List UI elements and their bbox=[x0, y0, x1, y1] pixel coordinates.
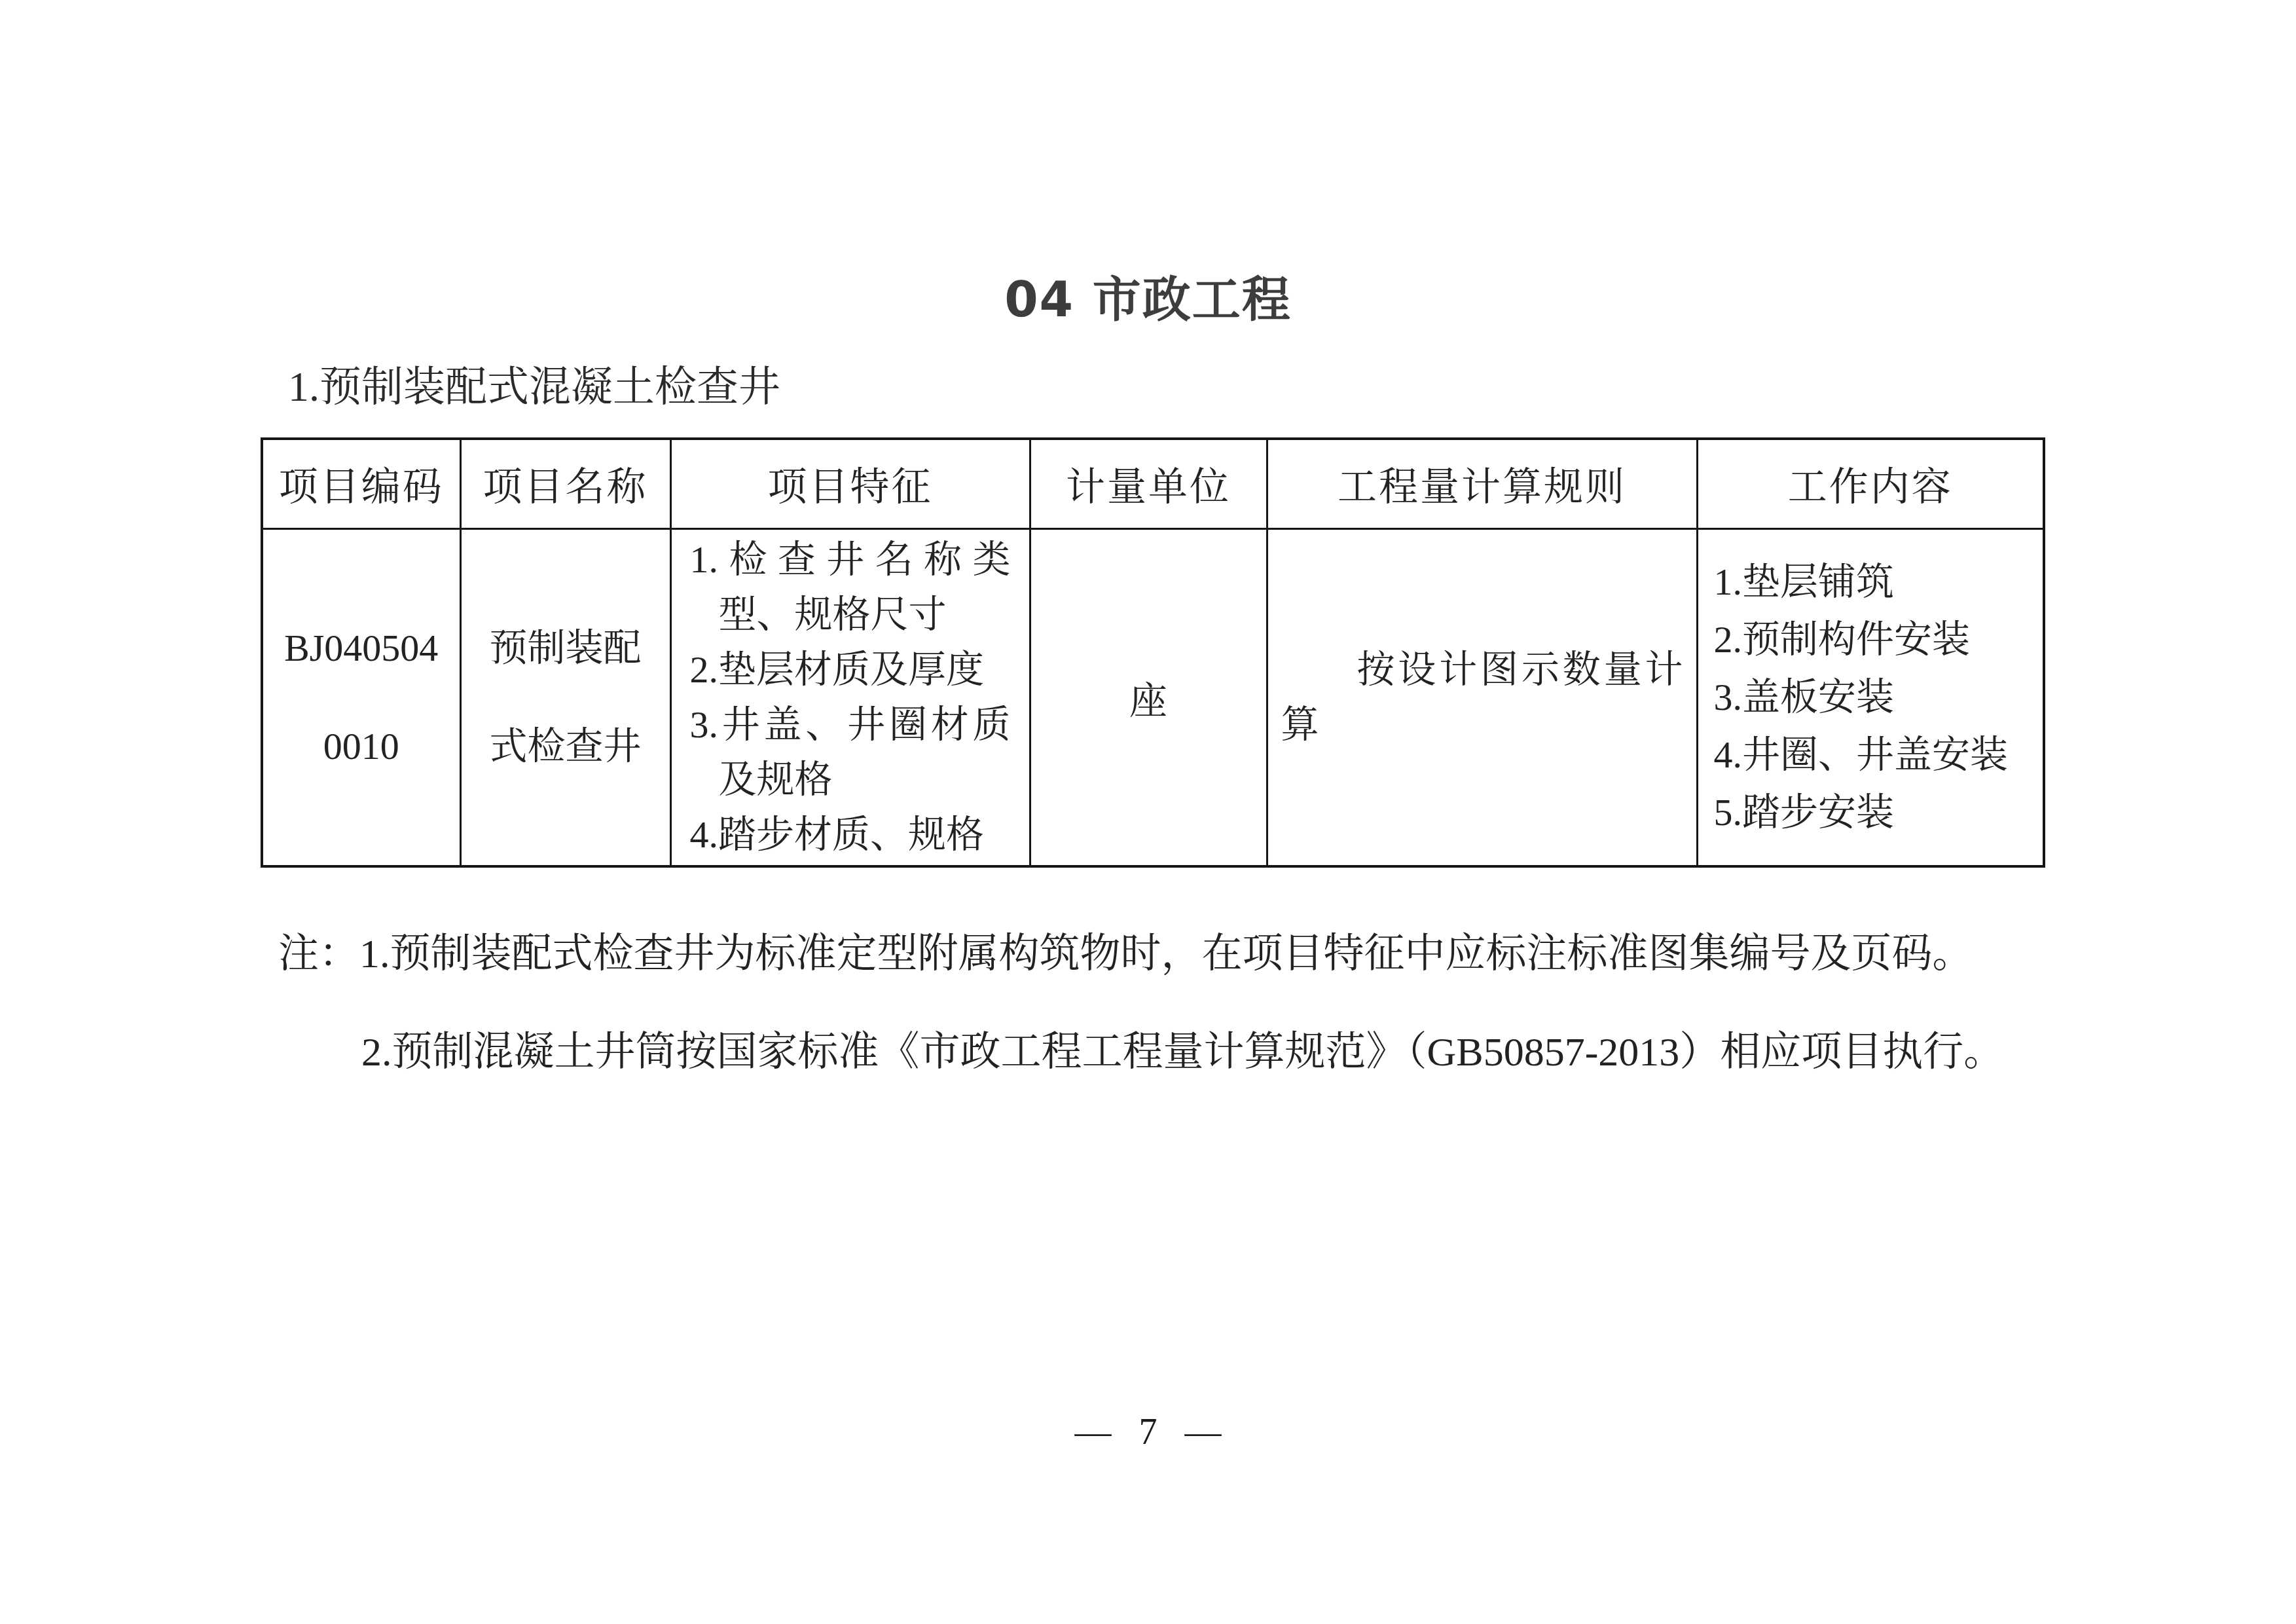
feature-item: 3.井盖、井圈材质及规格 bbox=[690, 697, 1011, 807]
note-line: 注：1.预制装配式检查井为标准定型附属构筑物时，在项目特征中应标注标准图集编号及… bbox=[278, 924, 2072, 984]
item-features-cell: 1.检查井名称类型、规格尺寸 2.垫层材质及厚度 3.井盖、井圈材质及规格 4.… bbox=[670, 528, 1030, 866]
work-item: 2.预制构件安装 bbox=[1714, 611, 2028, 669]
bill-of-quantities-table: 项目编码 项目名称 项目特征 计量单位 工程量计算规则 工作内容 BJ04050… bbox=[261, 437, 2045, 868]
feature-item: 1.检查井名称类型、规格尺寸 bbox=[690, 532, 1011, 642]
work-item: 4.井圈、井盖安装 bbox=[1714, 726, 2028, 784]
page-title: 04 市政工程 bbox=[0, 0, 2296, 333]
col-header-item-features: 项目特征 bbox=[670, 439, 1030, 528]
work-content-cell: 1.垫层铺筑 2.预制构件安装 3.盖板安装 4.井圈、井盖安装 5.踏步安装 bbox=[1697, 528, 2044, 866]
feature-item: 4.踏步材质、规格 bbox=[690, 807, 1011, 862]
quantity-rule-cell: 按设计图示数量计算 bbox=[1267, 528, 1697, 866]
section-heading: 1.预制装配式混凝土检查井 bbox=[288, 360, 2296, 414]
work-item: 5.踏步安装 bbox=[1714, 784, 2028, 841]
work-item: 1.垫层铺筑 bbox=[1714, 553, 2028, 611]
notes-block: 注：1.预制装配式检查井为标准定型附属构筑物时，在项目特征中应标注标准图集编号及… bbox=[278, 924, 2072, 1082]
work-item: 3.盖板安装 bbox=[1714, 669, 2028, 726]
table-header-row: 项目编码 项目名称 项目特征 计量单位 工程量计算规则 工作内容 bbox=[262, 439, 2044, 528]
col-header-work-content: 工作内容 bbox=[1697, 439, 2044, 528]
document-page: 04 市政工程 1.预制装配式混凝土检查井 项目编码 项目名称 项目特征 计量单… bbox=[0, 0, 2296, 1624]
col-header-quantity-rule: 工程量计算规则 bbox=[1267, 439, 1697, 528]
note-item: 2.预制混凝土井筒按国家标准《市政工程工程量计算规范》（GB50857-2013… bbox=[361, 1030, 2004, 1075]
col-header-item-name: 项目名称 bbox=[460, 439, 670, 528]
quantity-rule-text: 按设计图示数量计算 bbox=[1281, 642, 1683, 752]
feature-item: 2.垫层材质及厚度 bbox=[690, 642, 1011, 697]
note-item: 1.预制装配式检查井为标准定型附属构筑物时，在项目特征中应标注标准图集编号及页码… bbox=[359, 932, 1973, 976]
note-line: 2.预制混凝土井筒按国家标准《市政工程工程量计算规范》（GB50857-2013… bbox=[278, 1022, 2072, 1082]
page-number: — 7 — bbox=[0, 1409, 2296, 1455]
table-row: BJ040504 0010 预制装配 式检查井 1.检查井名称类型、规格尺寸 2… bbox=[262, 528, 2044, 866]
col-header-measure-unit: 计量单位 bbox=[1030, 439, 1267, 528]
col-header-item-code: 项目编码 bbox=[262, 439, 460, 528]
item-name-cell: 预制装配 式检查井 bbox=[460, 528, 670, 866]
item-code-cell: BJ040504 0010 bbox=[262, 528, 460, 866]
note-label: 注： bbox=[278, 932, 359, 976]
measure-unit-cell: 座 bbox=[1030, 528, 1267, 866]
